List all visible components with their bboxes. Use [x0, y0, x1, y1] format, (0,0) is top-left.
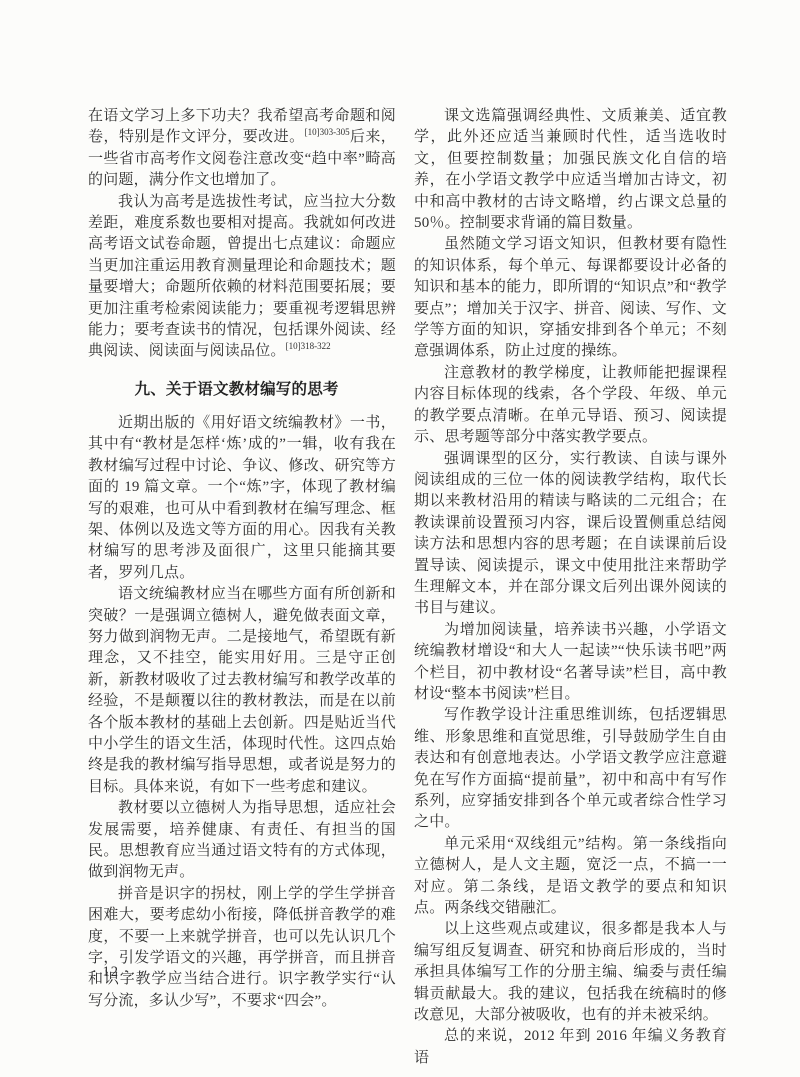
paragraph: 强调课型的区分，实行教读、自读与课外阅读组成的三位一体的阅读教学结构，取代长期以… — [414, 449, 727, 620]
paragraph: 以上这些观点或建议，很多都是我本人与编写组反复调查、研究和协商后形成的，当时承担… — [414, 919, 727, 1026]
paragraph: 虽然随文学习语文知识，但教材要有隐性的知识体系，每个单元、每课都要设计必备的知识… — [414, 234, 727, 362]
section-heading: 九、关于语文教材编写的思考 — [88, 379, 396, 401]
left-column: 在语文学习上多下功夫？我希望高考命题和阅卷，特别是作文评分，要改进。[10]30… — [88, 106, 396, 1012]
paragraph: 教材要以立德树人为指导思想，适应社会发展需要，培养健康、有责任、有担当的国民。思… — [88, 798, 396, 884]
paragraph-text: 我认为高考是选拔性考试，应当拉大分数差距，难度系数也要相对提高。我就如何改进高考… — [88, 194, 396, 360]
paragraph: 总的来说，2012 年到 2016 年编义务教育语 — [414, 1026, 727, 1069]
paragraph: 写作教学设计注重思维训练，包括逻辑思维、形象思维和直觉思维，引导鼓励学生自由表达… — [414, 705, 727, 833]
document-page: 在语文学习上多下功夫？我希望高考命题和阅卷，特别是作文评分，要改进。[10]30… — [0, 0, 800, 1077]
citation-ref: [10]303-305 — [305, 127, 350, 137]
page-number: · 12 · — [92, 964, 129, 981]
paragraph: 拼音是识字的拐杖，刚上学的学生学拼音困难大，要考虑幼小衔接，降低拼音教学的难度，… — [88, 884, 396, 1012]
paragraph: 注意教材的教学梯度，让教师能把握课程内容目标体现的线索，各个学段、年级、单元的教… — [414, 363, 727, 449]
citation-ref: [10]318-322 — [286, 341, 331, 351]
paragraph: 为增加阅读量，培养读书兴趣，小学语文统编教材增设“和大人一起读”“快乐读书吧”两… — [414, 620, 727, 706]
paragraph: 语文统编教材应当在哪些方面有所创新和突破？一是强调立德树人，避免做表面文章，努力… — [88, 584, 396, 798]
paragraph: 在语文学习上多下功夫？我希望高考命题和阅卷，特别是作文评分，要改进。[10]30… — [88, 106, 396, 192]
paragraph: 近期出版的《用好语文统编教材》一书，其中有“教材是怎样‘炼’成的”一辑，收有我在… — [88, 413, 396, 584]
right-column: 课文选篇强调经典性、文质兼美、适宜教学，此外还应适当兼顾时代性，适当选收时文，但… — [414, 106, 727, 1069]
paragraph: 课文选篇强调经典性、文质兼美、适宜教学，此外还应适当兼顾时代性，适当选收时文，但… — [414, 106, 727, 234]
paragraph: 单元采用“双线组元”结构。第一条线指向立德树人，是人文主题，宽泛一点，不搞一一对… — [414, 834, 727, 920]
paragraph: 我认为高考是选拔性考试，应当拉大分数差距，难度系数也要相对提高。我就如何改进高考… — [88, 192, 396, 363]
